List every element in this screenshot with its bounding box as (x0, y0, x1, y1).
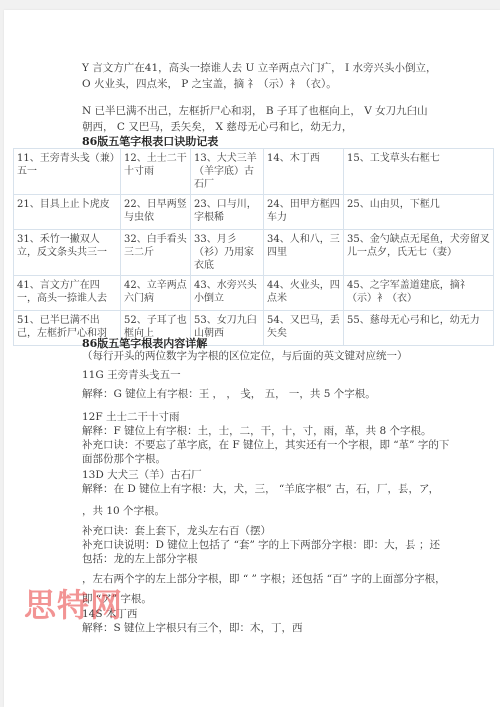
table-cell: 55、慈母无心弓和匕，幼无力 (344, 311, 494, 346)
section-11-heading: 11G 王旁青头戋五一 (82, 368, 181, 382)
section-13-note-2: 包括：龙的左上部分字根 (82, 552, 198, 566)
table-cell: 42、立辛两点六门病 (121, 276, 191, 311)
intro-line-4: 朝西， C 又巴马，丢矢矣， X 慈母无心弓和匕，幼无力， (82, 120, 352, 134)
table-cell: 14、木丁西 (264, 149, 344, 195)
section-12-explanation: 解释：F 键位上有字根：土，士，二，干，十，寸，雨，革，共 8 个字根。 (82, 424, 431, 438)
table-cell: 33、月彡（衫）乃用家衣底 (191, 230, 264, 276)
document-page: Y 言文方广在41，高头一捺谁人去 U 立辛两点六门疒， I 水旁兴头小倒立， … (4, 10, 500, 707)
section-12-supplement-2: 面部份那个字根。 (82, 452, 166, 466)
table-cell: 24、田甲方框四车力 (264, 195, 344, 230)
table-cell: 13、大犬三羊（羊字底）古石厂 (191, 149, 264, 195)
table-cell: 34、人和八，三四里 (264, 230, 344, 276)
detail-subtitle: （每行开头的两位数字为字根的区位定位，与后面的英文键对应统一） (82, 349, 408, 363)
mnemonic-table: 11、王旁青头戋（兼）五一 12、土士二干十寸雨 13、大犬三羊（羊字底）古石厂… (13, 148, 494, 346)
table-cell: 21、目具上止卜虎皮 (14, 195, 121, 230)
table-cell: 15、工戈草头右框七 (344, 149, 494, 195)
table-cell: 11、王旁青头戋（兼）五一 (14, 149, 121, 195)
table-cell: 44、火业头，四点米 (264, 276, 344, 311)
table-cell: 43、水旁兴头小倒立 (191, 276, 264, 311)
section-11-explanation: 解释：G 键位上有字根：王 ， ， 戋， 五， 一，共 5 个字根。 (82, 387, 376, 401)
table-cell: 23、口与川，字根稀 (191, 195, 264, 230)
table-cell: 41、言文方广在四一，高头一捺谁人去 (14, 276, 121, 311)
intro-line-1: Y 言文方广在41，高头一捺谁人去 U 立辛两点六门疒， I 水旁兴头小倒立， (82, 61, 436, 75)
section-13-explanation: 解释：在 D 键位上有字根：大，犬，三， “羊底字根” 古，石，厂，镸，ア， (82, 482, 439, 496)
table-title: 86版五笔字根表口诀助记表 (82, 133, 218, 149)
section-12-supplement-1: 补充口诀：不要忘了革字底，在 F 键位上，其实还有一个字根，即 “革” 字的下 (82, 438, 449, 452)
table-cell: 54、又巴马，丢矢矣 (264, 311, 344, 346)
section-13-heading: 13D 大犬三（羊）古石厂 (82, 468, 202, 482)
section-12-heading: 12F 土士二干十寸雨 (82, 410, 179, 424)
table-row: 21、目具上止卜虎皮 22、日早两竖与虫依 23、口与川，字根稀 24、田甲方框… (14, 195, 494, 230)
section-14-heading: 14S 木丁西 (82, 607, 137, 621)
table-cell: 45、之字军盖道建底，摘礻（示）衤（衣） (344, 276, 494, 311)
table-cell: 35、金勺缺点无尾鱼，犬旁留叉儿一点夕，氏无七（妻） (344, 230, 494, 276)
table-cell: 12、土士二干十寸雨 (121, 149, 191, 195)
table-cell: 22、日早两竖与虫依 (121, 195, 191, 230)
section-13-note-3: ，左右两个字的左上部分字根，即 “ ” 字根；还包括 “百” 字的上面部分字根， (82, 572, 446, 586)
intro-line-3: N 已半巳满不出己，左框折尸心和羽， B 子耳了也框向上， V 女刀九臼山 (82, 104, 428, 118)
table-cell: 32、白手看头三二斤 (121, 230, 191, 276)
table-row: 11、王旁青头戋（兼）五一 12、土士二干十寸雨 13、大犬三羊（羊字底）古石厂… (14, 149, 494, 195)
section-13-supplement: 补充口诀：套上套下，龙头左右百（摆） (82, 524, 271, 538)
intro-line-2: O 火业头，四点米， P 之宝盖，摘 礻（示）衤（衣）。 (82, 77, 337, 91)
table-cell: 25、山由贝，下框几 (344, 195, 494, 230)
section-14-explanation: 解释：S 键位上字根只有三个，即：木，丁，西 (82, 621, 303, 635)
table-row: 41、言文方广在四一，高头一捺谁人去 42、立辛两点六门病 43、水旁兴头小倒立… (14, 276, 494, 311)
table-cell: 31、禾竹一撇双人立，反文条头共三一 (14, 230, 121, 276)
section-13-note-4: 即 “ア” 字根。 (82, 592, 152, 606)
table-row: 31、禾竹一撇双人立，反文条头共三一 32、白手看头三二斤 33、月彡（衫）乃用… (14, 230, 494, 276)
section-13-count: ，共 10 个字根。 (82, 504, 165, 518)
section-13-note-1: 补充口诀说明：D 键位上包括了 “套” 字的上下两部分字根：即：大，镸 ；还 (82, 538, 440, 552)
